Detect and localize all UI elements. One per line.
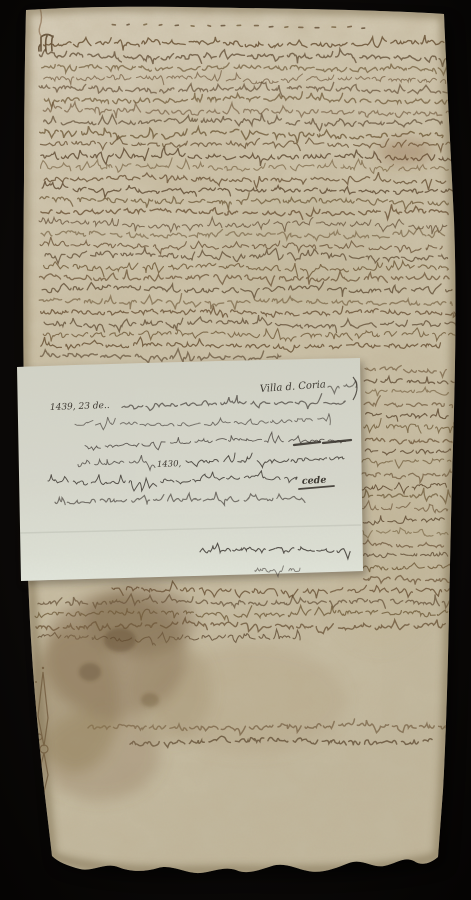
plica-dash-mark [144, 24, 147, 25]
plica-dash-mark [127, 24, 129, 25]
note-cede-word: cede [302, 475, 327, 487]
plica-dash-mark [348, 26, 352, 27]
plica-dash-mark [285, 27, 288, 28]
photograph-stage: Villa d. Coria 1439, 23 de.. 1430, cede [0, 0, 471, 900]
note-year-fragment: 1430, [157, 459, 182, 470]
plica-dash-mark [159, 25, 162, 26]
plica-dash-mark [208, 26, 211, 27]
note-date-fragment: 1439, 23 de.. [50, 401, 110, 413]
manuscript-photograph: Villa d. Coria 1439, 23 de.. 1430, cede [0, 0, 471, 900]
